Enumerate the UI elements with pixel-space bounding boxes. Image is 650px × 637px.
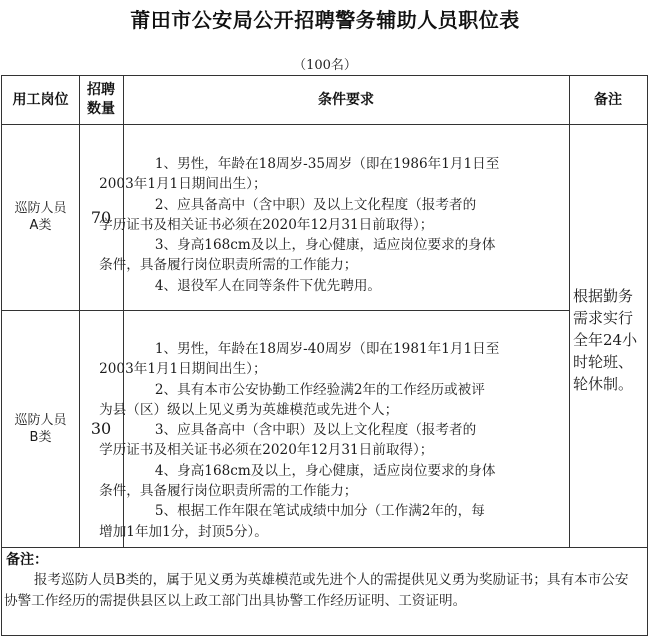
requirements-cell-b: 1、男性，年龄在18周岁-40周岁（即在1981年1月1日至2003年1月1日期… (127, 339, 569, 542)
position-class: A类 (30, 217, 52, 234)
column-divider (569, 76, 570, 548)
footnote-label: 备注： (6, 549, 48, 569)
header-remarks-label: 备注 (594, 91, 622, 110)
requirement-item: 5、根据工作年限在笔试成绩中加分（工作满2年的，每增加1年加1分，封顶5分）。 (127, 501, 569, 542)
row-divider (2, 547, 647, 548)
position-name: 巡防人员 (14, 200, 66, 217)
requirements-cell-a: 1、男性，年龄在18周岁-35周岁（即在1986年1月1日至2003年1月1日期… (127, 154, 569, 296)
requirement-item: 1、男性，年龄在18周岁-40周岁（即在1981年1月1日至2003年1月1日期… (127, 339, 569, 380)
footnote-text: 报考巡防人员B类的，属于见义勇为英雄模范或先进个人的需提供见义勇为奖励证书；具有… (4, 570, 640, 612)
requirement-item: 3、应具备高中（含中职）及以上文化程度（报考者的学历证书及相关证书必须在2020… (127, 420, 569, 461)
position-class: B类 (30, 429, 52, 446)
header-requirements-label: 条件要求 (318, 91, 374, 110)
remarks-cell-merged: 根据勤务 需求实行 全年24小 时轮班、 轮休制。 (573, 285, 645, 395)
requirement-item: 1、男性，年龄在18周岁-35周岁（即在1986年1月1日至2003年1月1日期… (127, 154, 569, 195)
remark-line: 全年24小 (573, 329, 645, 351)
document-subtitle-count: （100名） (0, 54, 650, 73)
requirement-item: 2、具有本市公安协勤工作经验满2年的工作经历或被评为县（区）级以上见义勇为英雄模… (127, 380, 569, 421)
header-quota-line1: 招聘 (87, 81, 115, 100)
quota-value: 30 (91, 419, 111, 438)
header-quota: 招聘 数量 (79, 76, 123, 124)
remark-line: 根据勤务 (573, 285, 645, 307)
header-remarks: 备注 (569, 76, 647, 124)
remark-line: 轮休制。 (573, 373, 645, 395)
requirement-item: 4、身高168cm及以上，身心健康，适应岗位要求的身体条件，具备履行岗位职责所需… (127, 461, 569, 502)
position-cell-b: 巡防人员 B类 (2, 310, 79, 547)
header-quota-line2: 数量 (87, 100, 115, 119)
requirement-item: 4、退役军人在同等条件下优先聘用。 (127, 276, 569, 296)
positions-table: 用工岗位 招聘 数量 条件要求 备注 巡防人员 A类 70 1、男性，年龄在18… (1, 75, 648, 636)
header-position: 用工岗位 (2, 76, 79, 124)
requirement-item: 2、应具备高中（含中职）及以上文化程度（报考者的学历证书及相关证书必须在2020… (127, 195, 569, 236)
remark-line: 需求实行 (573, 307, 645, 329)
remark-line: 时轮班、 (573, 351, 645, 373)
position-name: 巡防人员 (14, 412, 66, 429)
requirement-item: 3、身高168cm及以上，身心健康，适应岗位要求的身体条件，具备履行岗位职责所需… (127, 235, 569, 276)
header-position-label: 用工岗位 (13, 91, 69, 110)
quota-cell-b: 30 (79, 310, 123, 547)
column-divider (123, 76, 124, 548)
document-title: 莆田市公安局公开招聘警务辅助人员职位表 (0, 4, 650, 33)
position-cell-a: 巡防人员 A类 (2, 124, 79, 310)
header-requirements: 条件要求 (123, 76, 569, 124)
